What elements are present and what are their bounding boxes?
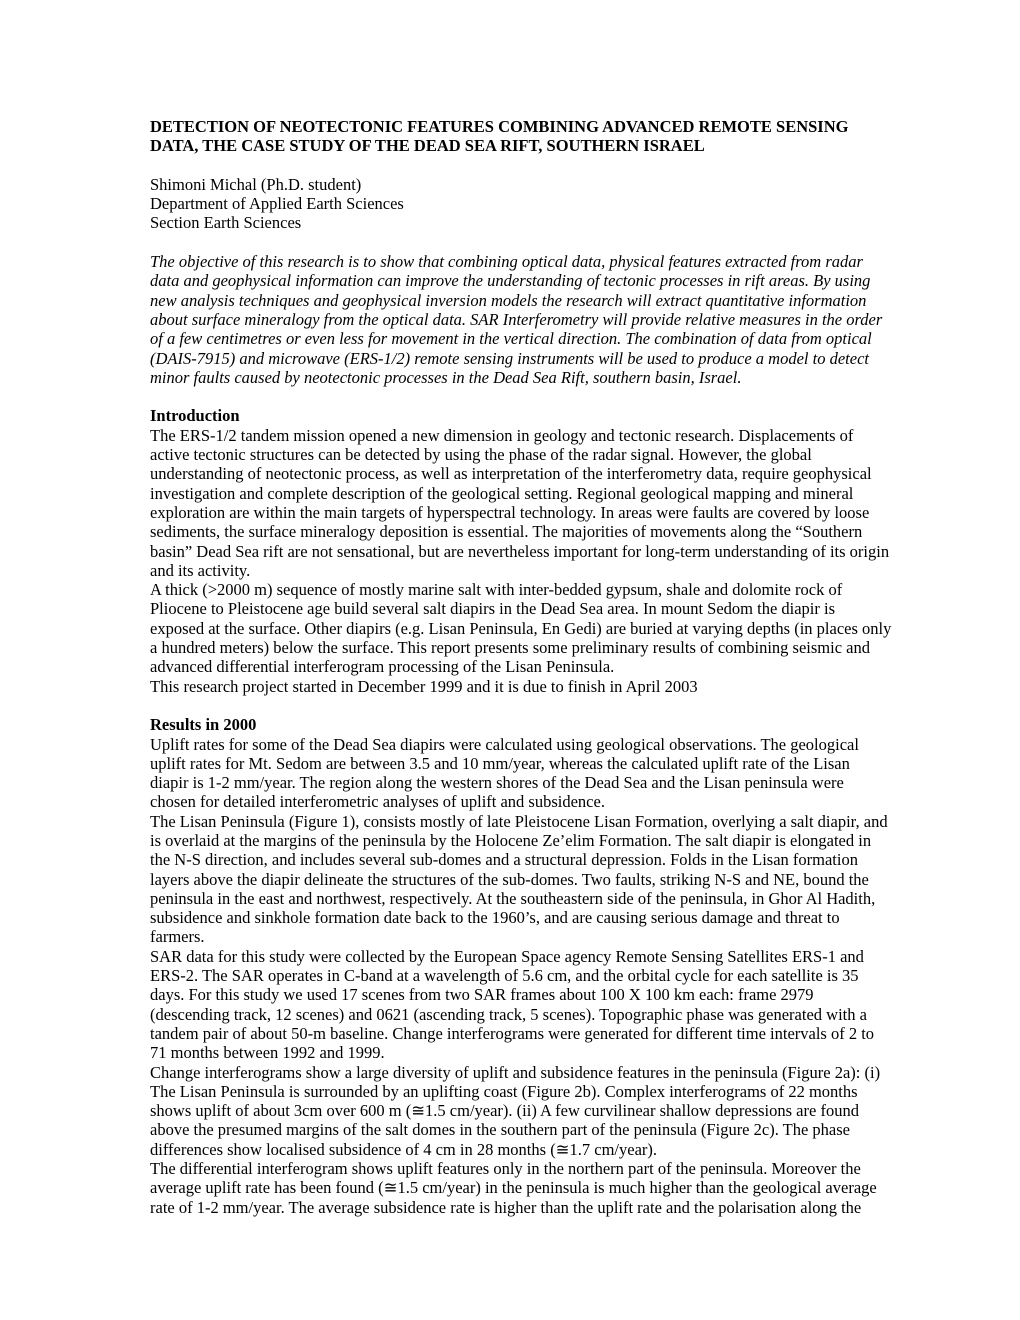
section-introduction: Introduction The ERS-1/2 tandem mission … <box>150 406 892 695</box>
results-paragraph: The Lisan Peninsula (Figure 1), consists… <box>150 812 892 947</box>
results-paragraph: SAR data for this study were collected b… <box>150 947 892 1063</box>
results-paragraph: The differential interferogram shows upl… <box>150 1159 892 1217</box>
introduction-paragraph: The ERS-1/2 tandem mission opened a new … <box>150 426 892 580</box>
results-paragraph: Uplift rates for some of the Dead Sea di… <box>150 735 892 812</box>
document-content: DETECTION OF NEOTECTONIC FEATURES COMBIN… <box>150 117 892 1217</box>
results-heading: Results in 2000 <box>150 715 892 734</box>
author-name: Shimoni Michal (Ph.D. student) <box>150 175 892 194</box>
author-section: Section Earth Sciences <box>150 213 892 232</box>
results-paragraph: Change interferograms show a large diver… <box>150 1063 892 1159</box>
section-results: Results in 2000 Uplift rates for some of… <box>150 715 892 1217</box>
author-block: Shimoni Michal (Ph.D. student) Departmen… <box>150 175 892 233</box>
introduction-heading: Introduction <box>150 406 892 425</box>
introduction-paragraph: This research project started in Decembe… <box>150 677 892 696</box>
paper-title: DETECTION OF NEOTECTONIC FEATURES COMBIN… <box>150 117 892 156</box>
abstract-paragraph: The objective of this research is to sho… <box>150 252 892 387</box>
document-page: DETECTION OF NEOTECTONIC FEATURES COMBIN… <box>0 0 1020 1320</box>
author-department: Department of Applied Earth Sciences <box>150 194 892 213</box>
introduction-paragraph: A thick (>2000 m) sequence of mostly mar… <box>150 580 892 676</box>
